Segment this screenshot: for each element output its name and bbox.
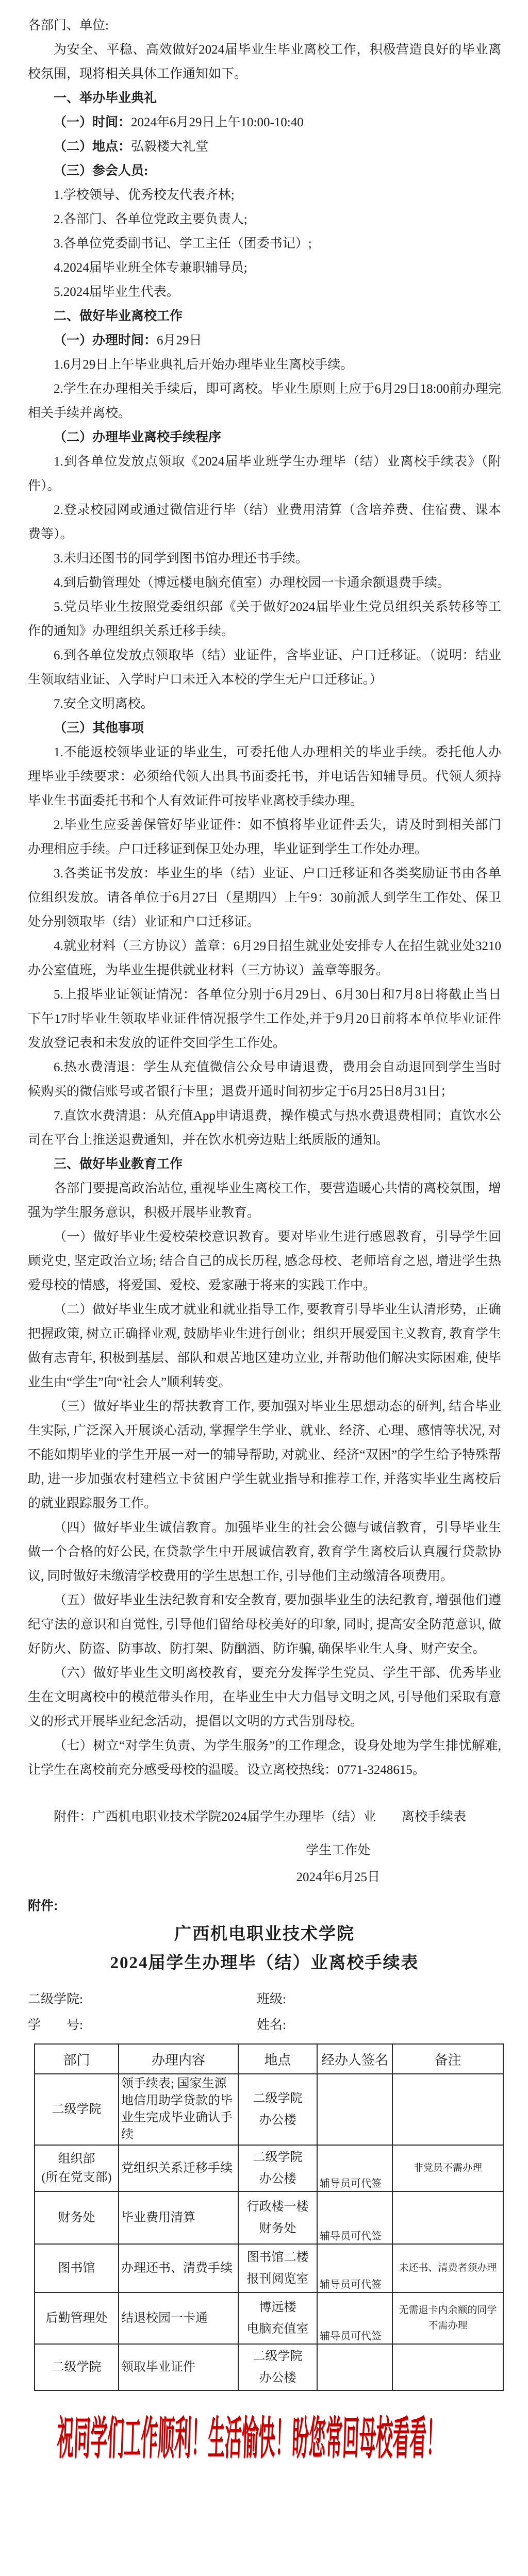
dept-cell: 后勤管理处	[35, 2292, 119, 2344]
note-cell: 未还书、清费者须办理	[392, 2244, 503, 2292]
dept-cell: 财务处	[35, 2191, 119, 2244]
sub-heading-label: （一）时间：	[54, 115, 131, 129]
sub-heading-label: （三）参会人员:	[54, 164, 148, 178]
notice-paragraph: （六）做好毕业生文明离校教育，要充分发挥学生党员、学生干部、优秀毕业生在文明离校…	[28, 1661, 501, 1734]
notice-paragraph: 6.到各单位发放点领取毕（结）业证件，含毕业证、户口迁移证。（说明：结业生领取结…	[28, 643, 501, 692]
notice-paragraph: （一）做好毕业生爱校荣校意识教育。要对毕业生进行感恩教育，引导学生回顾党史, 坚…	[28, 1225, 501, 1298]
sub-heading: （一）时间：2024年6月29日上午10:00-10:40	[28, 110, 501, 135]
location-cell: 二级学院 办公楼	[238, 2074, 317, 2145]
info-row: 学 号: 姓名:	[28, 2015, 501, 2040]
sub-heading-text: 6月29日	[157, 334, 202, 347]
document-page: 各部门、单位: 为安全、平稳、高效做好2024届毕业生毕业离校工作，积极营造良好…	[0, 0, 528, 2467]
dept-cell: 二级学院	[35, 2074, 119, 2145]
dept-cell: 组织部 (所在党支部)	[35, 2145, 119, 2191]
sign-cell	[317, 2344, 392, 2390]
farewell-banner: 祝同学们工作顺利！生活愉快！盼您常回母校看看！	[56, 2402, 223, 2467]
notice-paragraph: 1.6月29日上午毕业典礼后开始办理毕业生离校手续。	[28, 353, 501, 377]
content-cell: 党组织关系迁移手续	[119, 2145, 238, 2191]
section-heading: 一、举办毕业典礼	[28, 86, 501, 110]
notice-paragraph: （二）做好毕业生成才就业和就业指导工作, 要教育引导毕业生认清形势，正确把握政策…	[28, 1298, 501, 1394]
signoff-org: 学生工作处	[296, 1837, 380, 1864]
notice-paragraph: 4.到后勤管理处（博远楼电脑充值室）办理校园一卡通余额退费手续。	[28, 571, 501, 595]
note-cell	[392, 2191, 503, 2244]
name-label: 姓名:	[257, 2015, 286, 2033]
sub-heading: （二）办理毕业离校手续程序	[28, 425, 501, 450]
notice-paragraph: 3.各单位党委副书记、学工主任（团委书记）;	[28, 231, 501, 256]
content-cell: 毕业费用清算	[119, 2191, 238, 2244]
notice-paragraph: 1.不能返校领毕业证的毕业生，可委托他人办理相关的毕业手续。委托他人办理毕业手续…	[28, 740, 501, 813]
notice-paragraph: 2.学生在办理相关手续后，即可离校。毕业生原则上应于6月29日18:00前办理完…	[28, 377, 501, 425]
location-cell: 图书馆二楼 报刊阅览室	[238, 2244, 317, 2292]
college-label: 二级学院:	[28, 1989, 83, 2007]
table-row: 财务处 毕业费用清算 行政楼一楼 财务处 辅导员可代签	[35, 2191, 503, 2244]
table-row: 组织部 (所在党支部) 党组织关系迁移手续 二级学院 办公楼 辅导员可代签 非党…	[35, 2145, 503, 2191]
sign-cell: 辅导员可代签	[317, 2145, 392, 2191]
sub-heading: （三）参会人员:	[28, 159, 501, 183]
notice-paragraph: 6.热水费清退：学生从充值微信公众号申请退费，费用会自动退回到学生当时候购买的微…	[28, 1055, 501, 1104]
attachment-label: 附件:	[28, 1894, 501, 1918]
student-id-label: 学 号:	[28, 2015, 83, 2033]
notice-paragraph: 7.安全文明离校。	[28, 692, 501, 716]
notice-paragraph: 1.到各单位发放点领取《2024届毕业班学生办理毕（结）业离校手续表》（附件）。	[28, 450, 501, 498]
sub-heading: （二）地点：弘毅楼大礼堂	[28, 135, 501, 159]
dept-cell: 图书馆	[35, 2244, 119, 2292]
notice-paragraph: 2.毕业生应妥善保管好毕业证件：如不慎将毕业证件丢失，请及时到相关部门办理相应手…	[28, 813, 501, 861]
col-header-note: 备注	[392, 2044, 503, 2074]
signoff-block: 学生工作处 2024年6月25日	[296, 1837, 380, 1891]
sub-heading-label: （二）办理毕业离校手续程序	[54, 430, 221, 444]
notice-paragraph: （四）做好毕业生诚信教育。加强毕业生的社会公德与诚信教育，引导毕业生做一个合格的…	[28, 1516, 501, 1588]
table-row: 二级学院 领取毕业证件 二级学院 办公楼	[35, 2344, 503, 2390]
note-cell: 非党员不需办理	[392, 2145, 503, 2191]
content-cell: 结退校园一卡通	[119, 2292, 238, 2344]
procedure-table: 部门 办理内容 地点 经办人签名 备注 二级学院 领手续表; 国家生源地信用助学…	[34, 2043, 504, 2391]
content-cell: 办理还书、清费手续	[119, 2244, 238, 2292]
location-cell: 行政楼一楼 财务处	[238, 2191, 317, 2244]
sign-cell: 辅导员可代签	[317, 2292, 392, 2344]
notice-paragraph: 3.各类证书发放：毕业生的毕（结）业证、户口迁移证和各类奖励证书由各单位组织发放…	[28, 861, 501, 934]
col-header-location: 地点	[238, 2044, 317, 2074]
location-cell: 二级学院 办公楼	[238, 2145, 317, 2191]
salutation: 各部门、单位:	[28, 13, 501, 38]
col-header-content: 办理内容	[119, 2044, 238, 2074]
info-row: 二级学院: 班级:	[28, 1989, 501, 2015]
notice-paragraph: （七）树立“对学生负责、为学生服务”的工作理念，设身处地为学生排忧解难, 让学生…	[28, 1734, 501, 1782]
notice-paragraph: 4.2024届毕业班全体专兼职辅导员;	[28, 256, 501, 280]
notice-paragraph: 3.未归还图书的同学到图书馆办理还书手续。	[28, 546, 501, 571]
sub-heading-label: （一）办理时间：	[54, 334, 157, 347]
notice-paragraph: 4.就业材料（三方协议）盖章：6月29日招生就业处安排专人在招生就业处3210办…	[28, 934, 501, 983]
signoff-date: 2024年6月25日	[296, 1864, 380, 1891]
notice-paragraph: 5.2024届毕业生代表。	[28, 280, 501, 304]
notice-paragraph: 5.上报毕业证领证情况：各单位分别于6月29日、6月30日和7月8日将截止当日下…	[28, 983, 501, 1055]
content-cell: 领手续表; 国家生源地信用助学贷款的毕业生完成毕业确认手续	[119, 2074, 238, 2145]
note-cell	[392, 2344, 503, 2390]
table-row: 后勤管理处 结退校园一卡通 博远楼 电脑充值室 辅导员可代签 无需退卡内余额的同…	[35, 2292, 503, 2344]
sub-heading-label: （三）其他事项	[54, 721, 144, 735]
notice-paragraph: 2.各部门、各单位党政主要负责人;	[28, 207, 501, 231]
col-header-dept: 部门	[35, 2044, 119, 2074]
sub-heading-text: 2024年6月29日上午10:00-10:40	[131, 115, 304, 129]
location-cell: 博远楼 电脑充值室	[238, 2292, 317, 2344]
attachment-reference: 附件：广西机电职业技术学院2024届学生办理毕（结）业 离校手续表	[28, 1805, 501, 1829]
attachment-title-line2: 2024届学生办理毕（结）业离校手续表	[28, 1949, 501, 1977]
sub-heading: （三）其他事项	[28, 716, 501, 740]
sign-cell: 辅导员可代签	[317, 2244, 392, 2292]
sign-cell	[317, 2074, 392, 2145]
table-row: 图书馆 办理还书、清费手续 图书馆二楼 报刊阅览室 辅导员可代签 未还书、清费者…	[35, 2244, 503, 2292]
section-heading: 三、做好毕业教育工作	[28, 1152, 501, 1176]
section-heading: 二、做好毕业离校工作	[28, 304, 501, 328]
table-row: 二级学院 领手续表; 国家生源地信用助学贷款的毕业生完成毕业确认手续 二级学院 …	[35, 2074, 503, 2145]
notice-paragraph: 2.登录校园网或通过微信进行毕（结）业费用清算（含培养费、住宿费、课本费等）。	[28, 498, 501, 546]
notice-paragraph: 1.学校领导、优秀校友代表齐林;	[28, 183, 501, 207]
sub-heading-text: 弘毅楼大礼堂	[131, 140, 208, 154]
content-cell: 领取毕业证件	[119, 2344, 238, 2390]
note-cell: 无需退卡内余额的同学 不需办理	[392, 2292, 503, 2344]
notice-paragraph: 7.直饮水费清退：从充值App申请退费，操作模式与热水费退费相同；直饮水公司在平…	[28, 1104, 501, 1152]
sub-heading-label: （二）地点：	[54, 140, 131, 154]
notice-paragraph: （三）做好毕业生的帮扶教育工作, 要加强对毕业生思想动态的研判, 结合毕业生实际…	[28, 1394, 501, 1516]
notice-paragraph: 为安全、平稳、高效做好2024届毕业生毕业离校工作，积极营造良好的毕业离校氛围，…	[28, 38, 501, 86]
dept-cell: 二级学院	[35, 2344, 119, 2390]
col-header-sign: 经办人签名	[317, 2044, 392, 2074]
table-header-row: 部门 办理内容 地点 经办人签名 备注	[35, 2044, 503, 2074]
location-cell: 二级学院 办公楼	[238, 2344, 317, 2390]
sub-heading: （一）办理时间：6月29日	[28, 328, 501, 353]
attachment-title-line1: 广西机电职业技术学院	[28, 1920, 501, 1949]
notice-paragraph: 各部门要提高政治站位, 重视毕业生离校工作，要营造暖心共情的离校氛围，增强为学生…	[28, 1176, 501, 1225]
notice-paragraph: （五）做好毕业生法纪教育和安全教育, 要加强毕业生的法纪教育, 增强他们遵纪守法…	[28, 1588, 501, 1661]
notice-paragraph: 5.党员毕业生按照党委组织部《关于做好2024届毕业生党员组织关系转移等工作的通…	[28, 595, 501, 643]
class-label: 班级:	[257, 1989, 286, 2007]
note-cell	[392, 2074, 503, 2145]
sign-cell: 辅导员可代签	[317, 2191, 392, 2244]
